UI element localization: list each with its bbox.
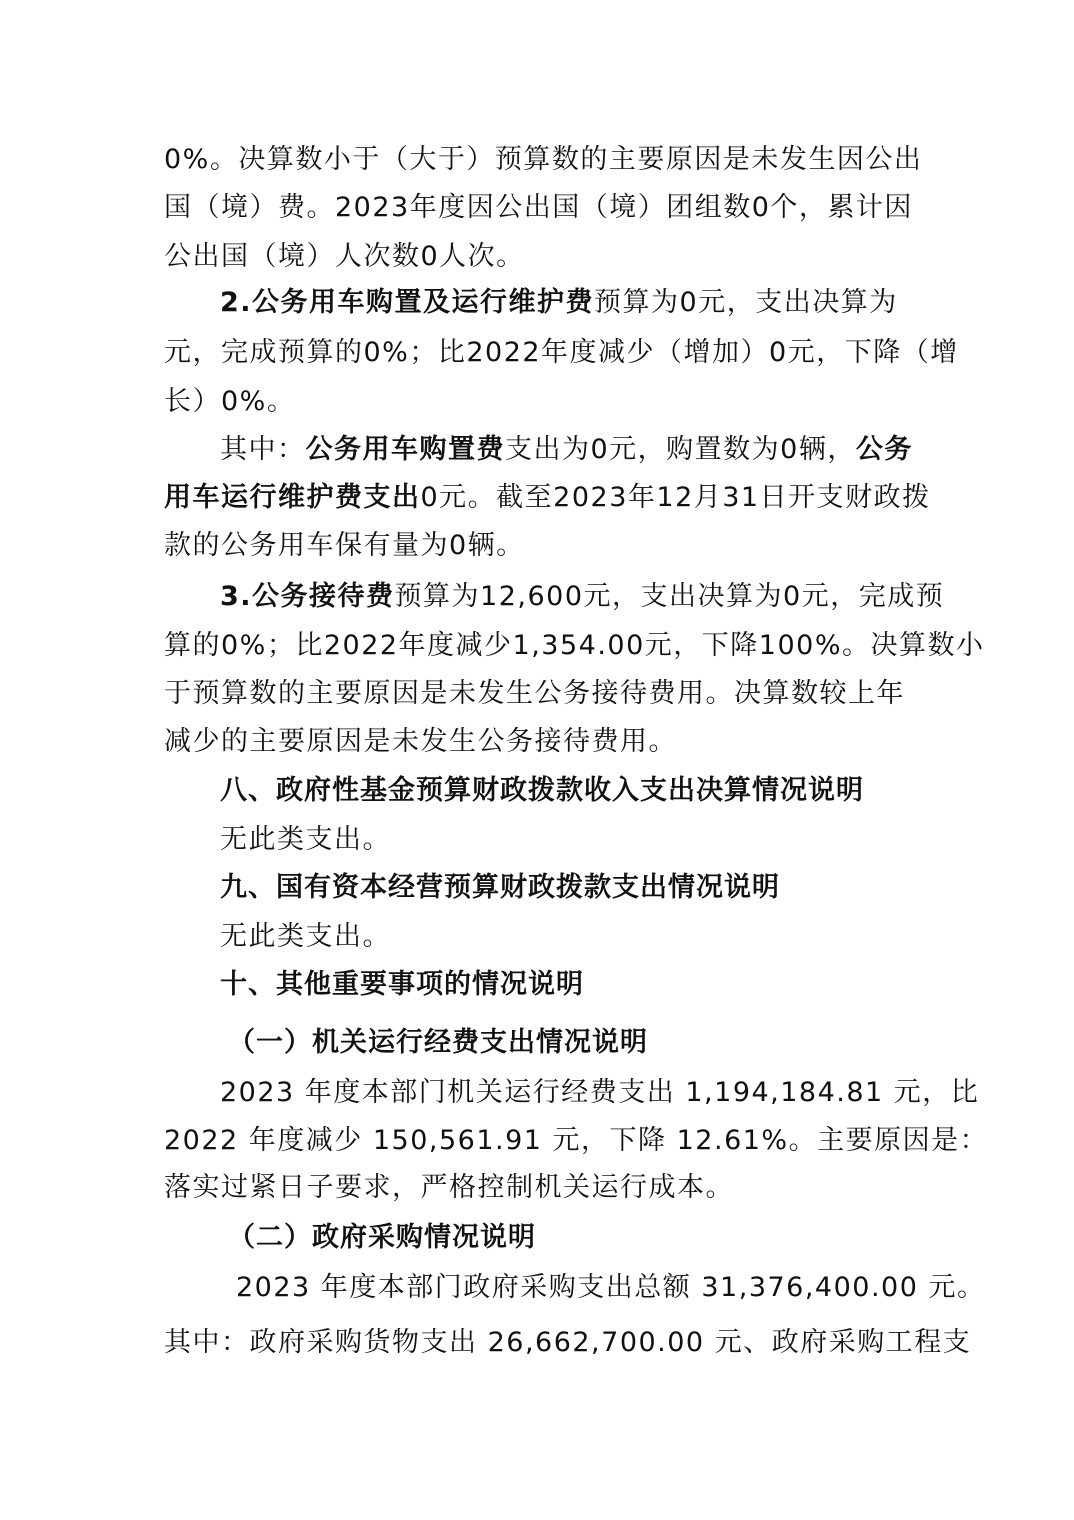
text-line: 落实过紧日子要求，严格控制机关运行成本。	[164, 1171, 924, 1205]
text-line: 其中：政府采购货物支出 26,662,700.00 元、政府采购工程支	[164, 1326, 924, 1360]
bold-term: 2.公务用车购置及运行维护费	[220, 287, 594, 318]
text-line: 公出国（境）人次数0人次。	[164, 240, 924, 274]
text-line: 3.公务接待费预算为12,600元，支出决算为0元，完成预	[220, 580, 980, 614]
bold-term: 3.公务接待费	[220, 581, 395, 612]
text-line: 于预算数的主要原因是未发生公务接待费用。决算数较上年	[164, 677, 924, 711]
text-line: 款的公务用车保有量为0辆。	[164, 529, 924, 563]
text-line: 0%。决算数小于（大于）预算数的主要原因是未发生因公出	[164, 143, 924, 177]
bold-term: 用车运行维护费支出	[164, 482, 421, 513]
document-page: 0%。决算数小于（大于）预算数的主要原因是未发生因公出 国（境）费。2023年度…	[0, 0, 1074, 1520]
text-span: 支出为0元，购置数为0辆，	[505, 434, 856, 465]
section-heading: 八、政府性基金预算财政拨款收入支出决算情况说明	[220, 774, 980, 808]
text-span: 预算为0元，支出决算为	[594, 287, 898, 318]
text-line: 国（境）费。2023年度因公出国（境）团组数0个，累计因	[164, 191, 924, 225]
text-line: 2.公务用车购置及运行维护费预算为0元，支出决算为	[220, 286, 980, 320]
text-line: 无此类支出。	[220, 920, 980, 954]
section-heading: 十、其他重要事项的情况说明	[220, 968, 980, 1002]
text-line: 长）0%。	[164, 385, 924, 419]
text-line: 无此类支出。	[220, 823, 980, 857]
text-line: 2023 年度本部门机关运行经费支出 1,194,184.81 元，比	[220, 1076, 980, 1110]
bold-term: 公务用车购置费	[306, 434, 506, 465]
text-line: 其中：公务用车购置费支出为0元，购置数为0辆，公务	[220, 433, 980, 467]
subsection-heading: （二）政府采购情况说明	[228, 1221, 988, 1255]
section-heading: 九、国有资本经营预算财政拨款支出情况说明	[220, 871, 980, 905]
text-span: 其中：	[220, 434, 306, 465]
text-line: 减少的主要原因是未发生公务接待费用。	[164, 725, 924, 759]
text-line: 2023 年度本部门政府采购支出总额 31,376,400.00 元。	[236, 1271, 996, 1305]
text-line: 算的0%；比2022年度减少1,354.00元，下降100%。决算数小	[164, 629, 924, 663]
text-line: 2022 年度减少 150,561.91 元，下降 12.61%。主要原因是：	[164, 1124, 924, 1158]
subsection-heading: （一）机关运行经费支出情况说明	[228, 1026, 988, 1060]
text-line: 用车运行维护费支出0元。截至2023年12月31日开支财政拨	[164, 481, 924, 515]
text-span: 0元。截至2023年12月31日开支财政拨	[421, 482, 931, 513]
text-span: 预算为12,600元，支出决算为0元，完成预	[395, 581, 945, 612]
bold-term: 公务	[856, 434, 913, 465]
text-line: 元，完成预算的0%；比2022年度减少（增加）0元，下降（增	[164, 336, 924, 370]
